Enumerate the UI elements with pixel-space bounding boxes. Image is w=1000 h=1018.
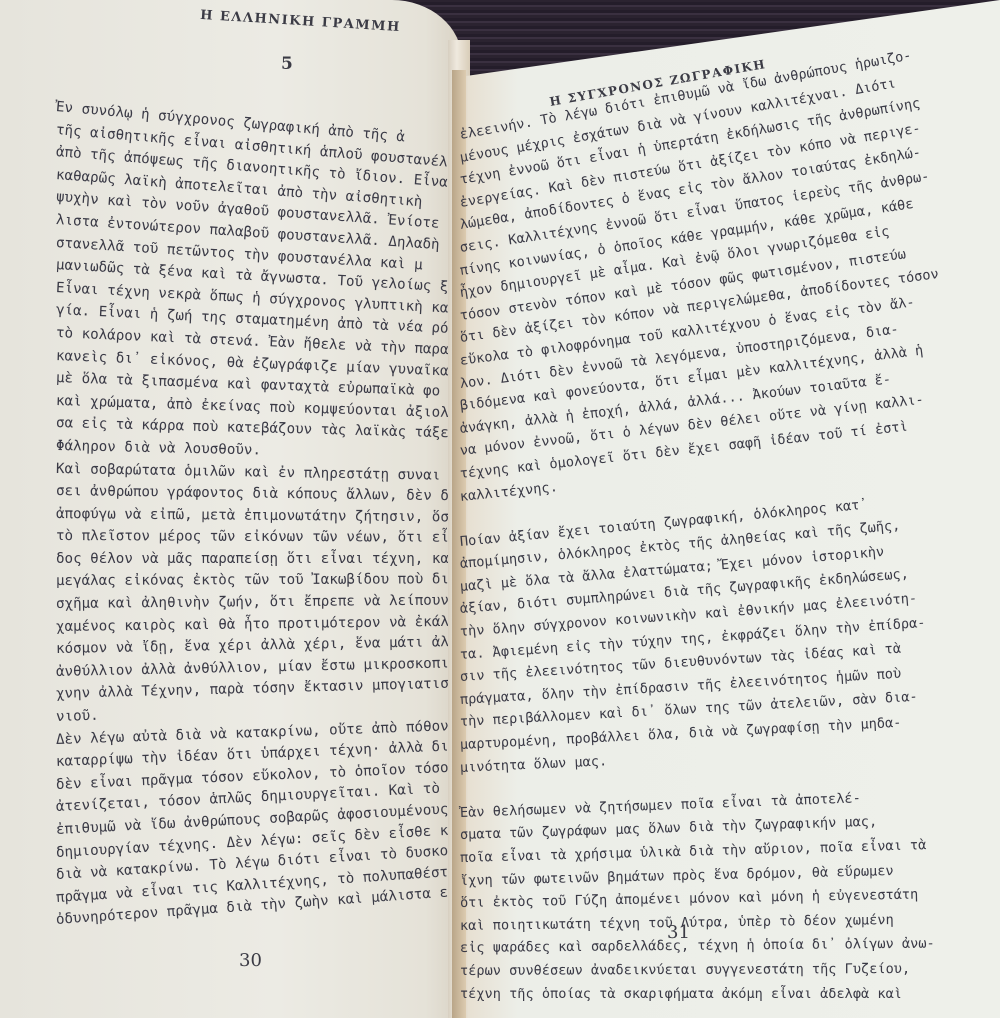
text-line: τέρων συνθέσεων ἀναδεικνύεται συγγενεστά… (460, 958, 943, 983)
chapter-number: 5 (281, 54, 293, 74)
right-page-body: ἐλεεινήν. Τὸ λέγω διότι ἐπιθυμῶ νὰ ἴδω ἀ… (460, 124, 943, 1005)
text-line: τέχνη τῆς ὁποίας τὰ σκαριφήματα ἀκόμη εἶ… (460, 983, 943, 1006)
right-page-number: 31 (667, 922, 690, 943)
text-line: εἰς ψαράδες καὶ σαρδελλάδες, τέχνη ἡ ὁπο… (460, 933, 943, 960)
left-page-number: 30 (239, 950, 262, 971)
